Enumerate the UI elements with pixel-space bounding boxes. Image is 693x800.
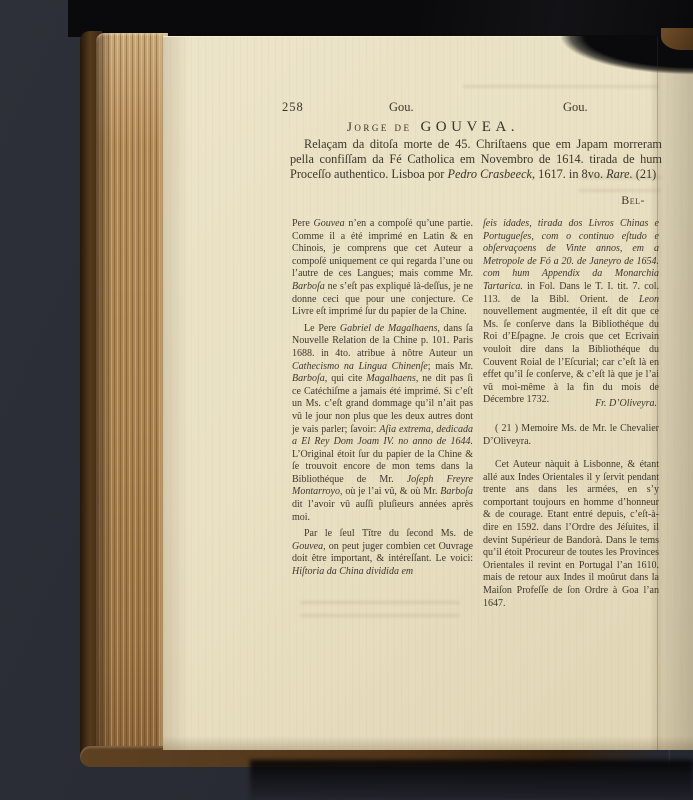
entry-title-lead: Jorge de <box>347 120 412 134</box>
paragraph: Pere Gouvea n’en a compoſé qu’une partie… <box>292 218 473 319</box>
running-head-right: Gou. <box>563 100 588 115</box>
entry-title-name: GOUVEA. <box>420 119 519 135</box>
paragraph: ( 21 ) Memoire Ms. de Mr. le Chevalier D… <box>483 423 659 448</box>
book-page-edges <box>96 33 168 752</box>
background-shadow-top <box>68 0 693 37</box>
paragraph: Par le ſeul Tître du ſecond Ms. de Gouve… <box>292 528 473 578</box>
bleed-through <box>300 601 460 627</box>
page-number: 258 <box>282 100 304 115</box>
paragraph: ſeis idades, tirada dos Livros Chinas e … <box>483 218 659 407</box>
background-shadow-bottom <box>250 760 693 800</box>
column-left: Pere Gouvea n’en a compoſé qu’une partie… <box>292 218 473 583</box>
paragraph: Le Pere Gabriel de Magalhaens, dans ſa N… <box>292 323 473 525</box>
entry-title: Jorge de GOUVEA. <box>261 118 605 136</box>
running-head-left: Gou. <box>389 100 414 115</box>
bleed-through <box>463 85 658 98</box>
book-page: 258 Gou. Gou. Jorge de GOUVEA. Relaçam d… <box>163 36 693 750</box>
column-right: ſeis idades, tirada dos Livros Chinas e … <box>483 218 659 614</box>
book-scan: 258 Gou. Gou. Jorge de GOUVEA. Relaçam d… <box>0 0 693 800</box>
headnote: Relaçam da ditoſa morte de 45. Chriſtaen… <box>290 137 662 183</box>
catchword: Bel- <box>493 193 645 208</box>
paragraph: Cet Auteur nàquit à Lisbonne, & étant al… <box>483 459 659 610</box>
